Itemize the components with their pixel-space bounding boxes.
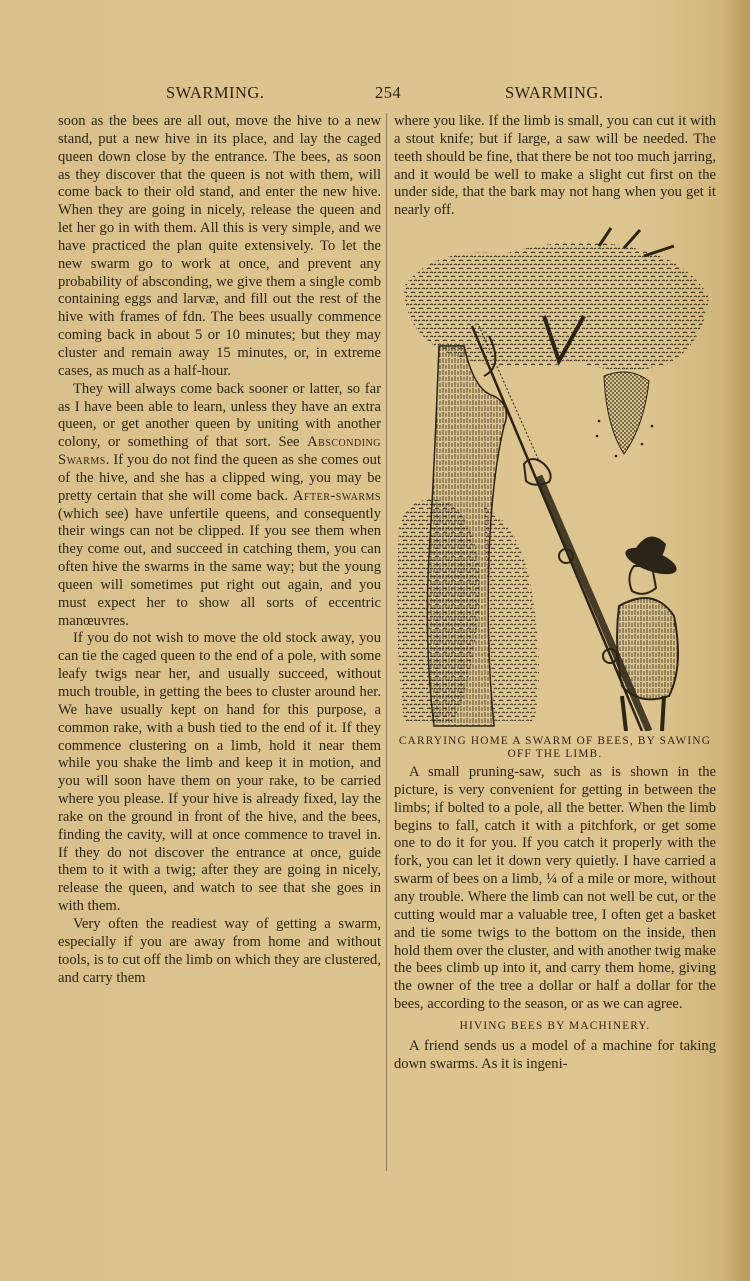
- engraving-illustration: [394, 226, 716, 731]
- paragraph: Very often the readiest way of getting a…: [58, 916, 381, 987]
- paragraph: A small pruning-saw, such as is shown in…: [394, 764, 716, 1014]
- paragraph: A friend sends us a model of a machine f…: [394, 1038, 716, 1074]
- running-head-right-title: SWARMING.: [505, 83, 603, 103]
- cross-reference-link: After-swarms: [293, 488, 381, 504]
- illustration-man-sawing-limb: [394, 226, 716, 731]
- paragraph: where you like. If the limb is small, yo…: [394, 113, 716, 220]
- paragraph: soon as the bees are all out, move the h…: [58, 113, 381, 381]
- book-page: SWARMING. 254 SWARMING. soon as the bees…: [0, 0, 750, 1281]
- figure-caption: Carrying home a swarm of bees, by sawing…: [394, 735, 716, 761]
- right-column: where you like. If the limb is small, yo…: [394, 113, 716, 1073]
- column-divider: [386, 113, 387, 1171]
- left-column: soon as the bees are all out, move the h…: [58, 113, 381, 987]
- section-heading: Hiving bees by machinery.: [394, 1018, 716, 1036]
- page-number: 254: [375, 83, 401, 103]
- running-head: SWARMING. 254 SWARMING.: [0, 83, 750, 105]
- paragraph: They will always come back sooner or lat…: [58, 381, 381, 631]
- text-run: (which see) have unfertile queens, and c…: [58, 506, 381, 629]
- running-head-left-title: SWARMING.: [166, 83, 264, 103]
- paragraph: If you do not wish to move the old stock…: [58, 630, 381, 916]
